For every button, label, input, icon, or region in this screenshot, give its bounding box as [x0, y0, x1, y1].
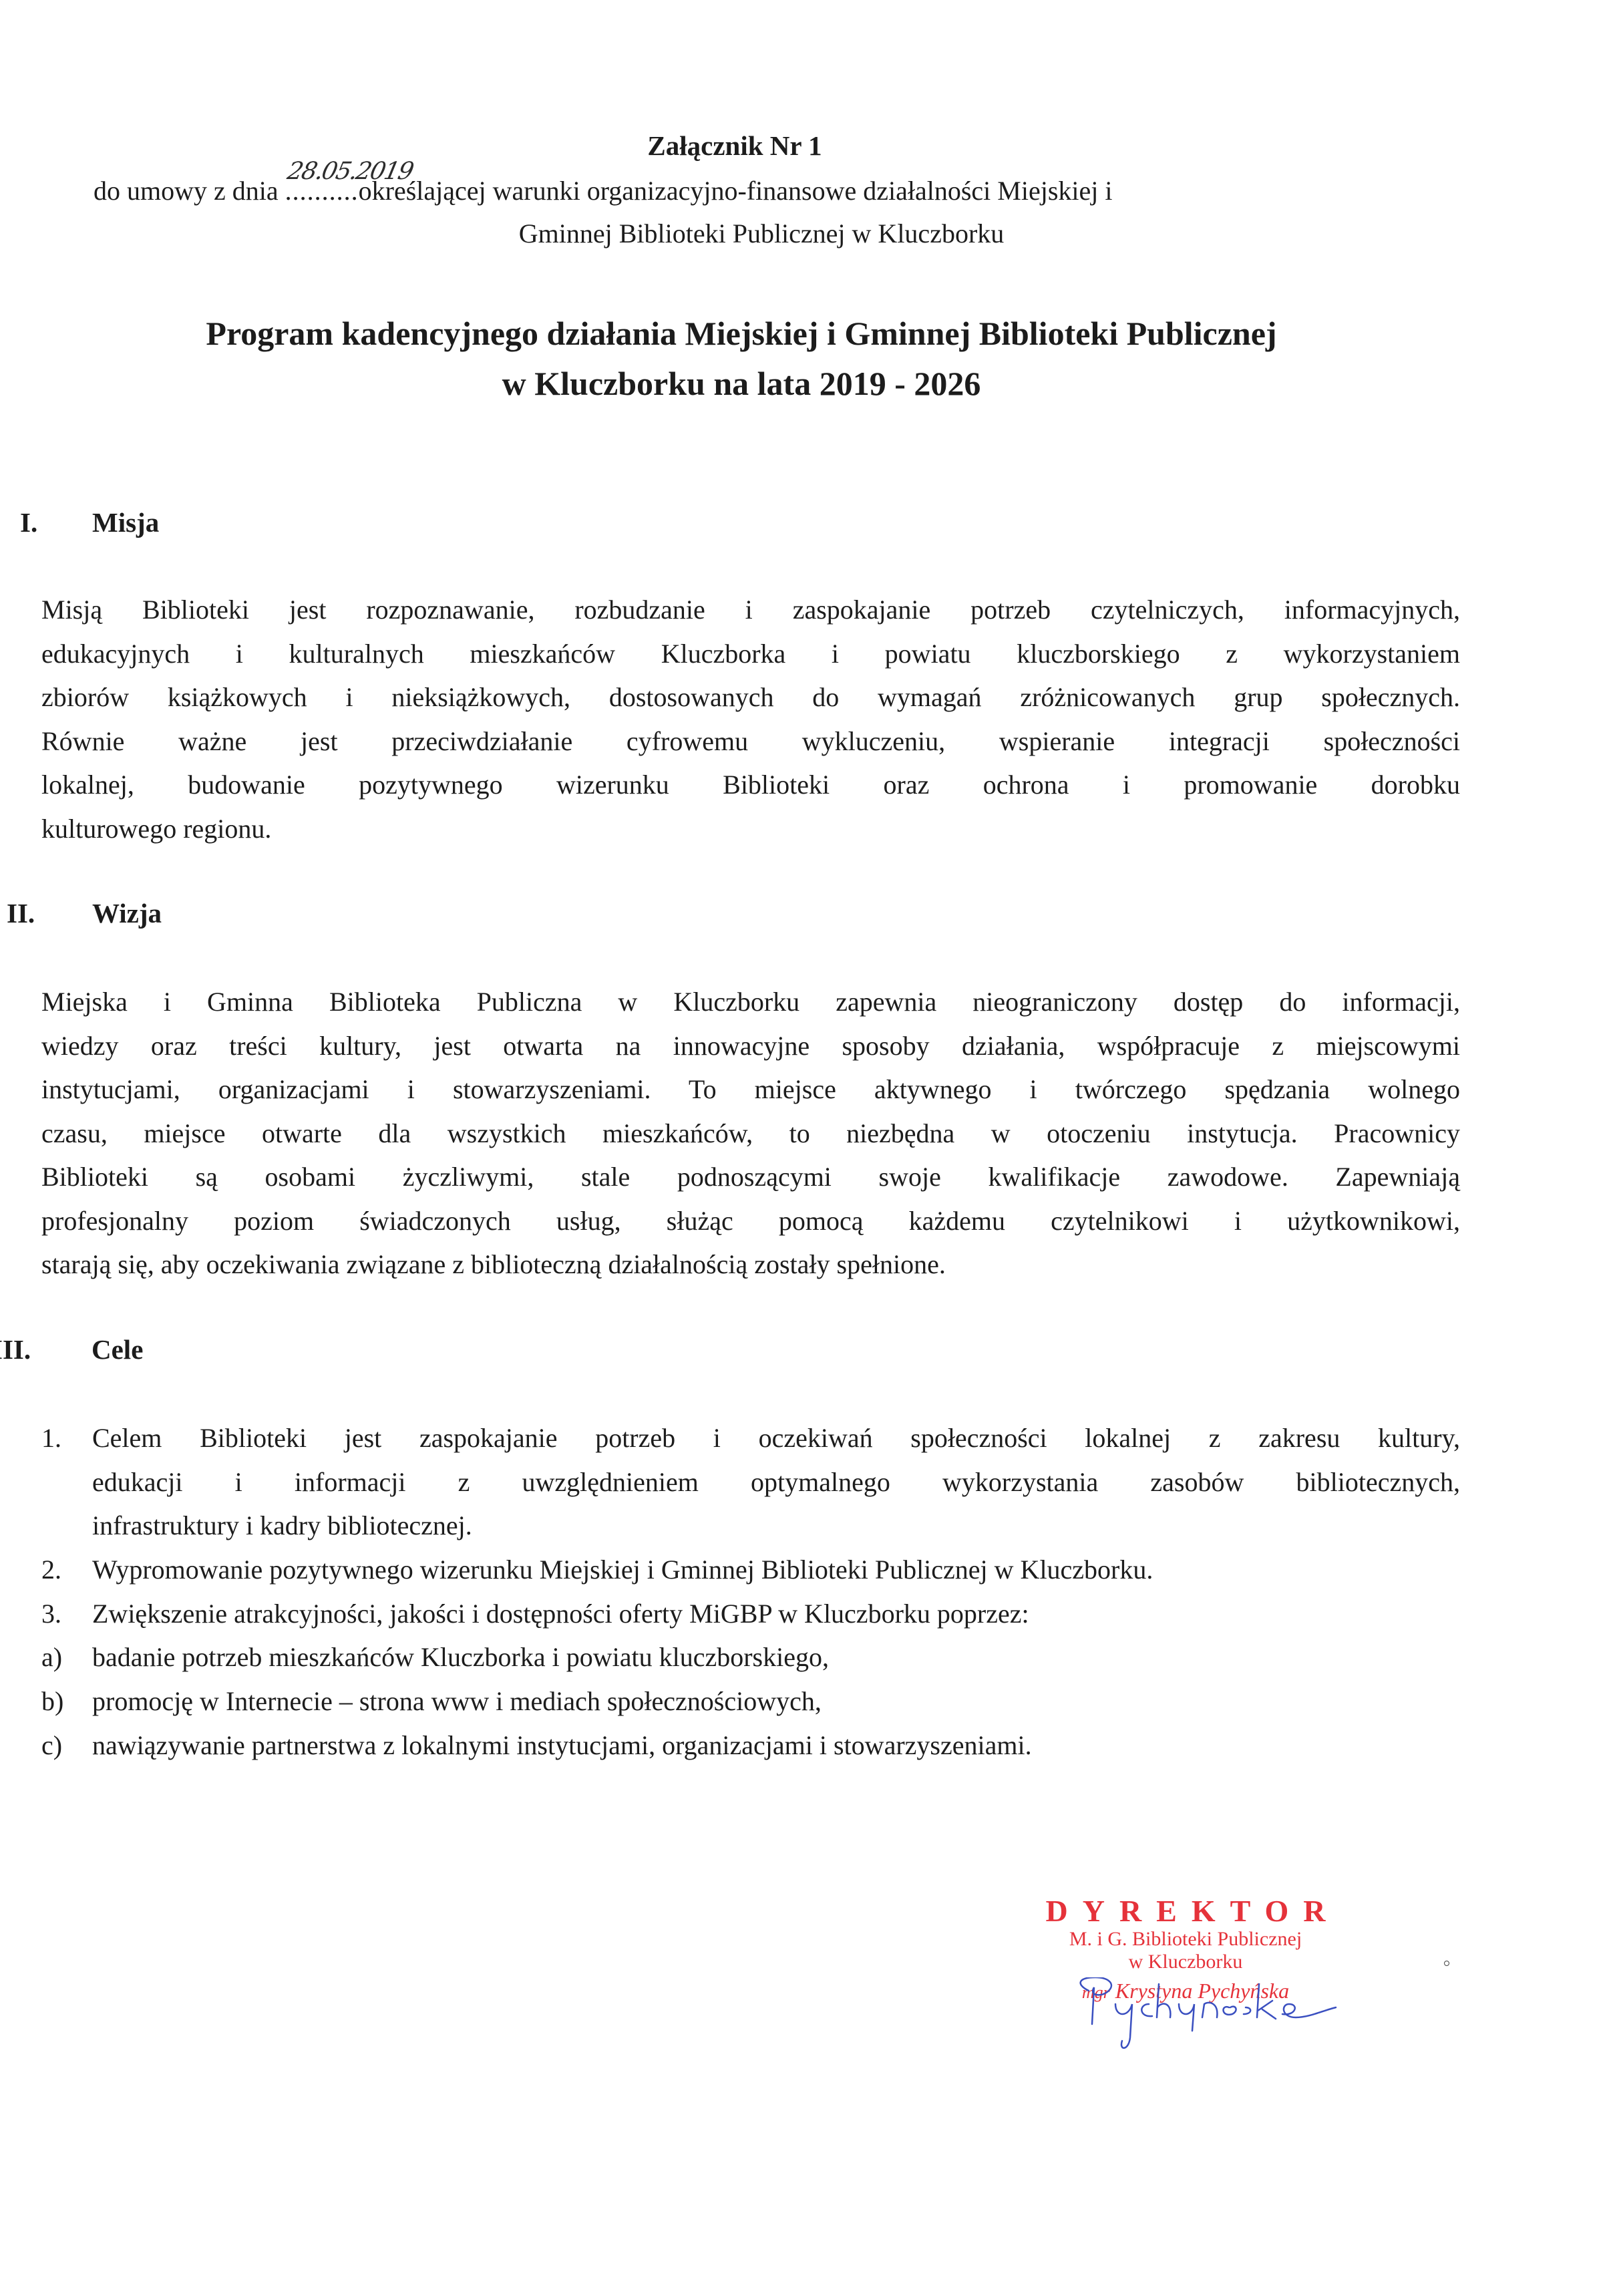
list-item: 3. Zwiększenie atrakcyjności, jakości i …: [41, 1592, 1460, 1636]
section-number: I.: [20, 506, 37, 538]
attachment-line-2: Gminnej Biblioteki Publicznej w Kluczbor…: [0, 218, 1523, 249]
attachment-line-1: do umowy z dnia ..........28.05.2019okre…: [94, 175, 1113, 206]
attachment-prefix: do umowy z dnia: [94, 176, 285, 206]
section-title: Misja: [92, 506, 159, 538]
list-item: a) badanie potrzeb mieszkańców Kluczbork…: [41, 1635, 1460, 1679]
list-marker: a): [41, 1635, 62, 1679]
paragraph-line: Misją Biblioteki jest rozpoznawanie, roz…: [41, 588, 1460, 632]
attachment-suffix: określającej warunki organizacyjno-finan…: [359, 176, 1113, 206]
list-item-line: infrastruktury i kadry bibliotecznej.: [92, 1504, 1460, 1548]
list-item-line: promocję w Internecie – strona www i med…: [92, 1679, 1460, 1724]
list-marker: 2.: [41, 1548, 61, 1592]
stamp-location: w Kluczborku: [1042, 1951, 1329, 1973]
paragraph-line: zbiorów książkowych i nieksiążkowych, do…: [41, 675, 1460, 719]
paragraph-line: Biblioteki są osobami życzliwymi, stale …: [41, 1155, 1460, 1199]
program-title-line-2: w Kluczborku na lata 2019 - 2026: [0, 364, 1483, 403]
list-marker: 1.: [41, 1416, 61, 1460]
list-item-line: Wypromowanie pozytywnego wizerunku Miejs…: [92, 1548, 1460, 1592]
wizja-paragraph: Miejska i Gminna Biblioteka Publiczna w …: [41, 980, 1460, 1287]
list-item-line: nawiązywanie partnerstwa z lokalnymi ins…: [92, 1724, 1460, 1768]
list-marker: 3.: [41, 1592, 61, 1636]
stamp-institution: M. i G. Biblioteki Publicznej: [1042, 1928, 1329, 1951]
goals-list: 1. Celem Biblioteki jest zaspokajanie po…: [41, 1416, 1460, 1768]
paragraph-line: czasu, miejsce otwarte dla wszystkich mi…: [41, 1112, 1460, 1156]
list-item-line: badanie potrzeb mieszkańców Kluczborka i…: [92, 1635, 1460, 1679]
paragraph-line: Równie ważne jest przeciwdziałanie cyfro…: [41, 719, 1460, 764]
list-item-line: edukacji i informacji z uwzględnieniem o…: [92, 1460, 1460, 1504]
attachment-title: Załącznik Nr 1: [0, 130, 1469, 162]
section-title: Wizja: [92, 897, 162, 929]
list-item: 2. Wypromowanie pozytywnego wizerunku Mi…: [41, 1548, 1460, 1592]
scan-artifact: [1444, 1961, 1449, 1966]
paragraph-line: kulturowego regionu.: [41, 807, 1460, 851]
list-marker: c): [41, 1724, 62, 1768]
paragraph-line: Miejska i Gminna Biblioteka Publiczna w …: [41, 980, 1460, 1024]
list-item: c) nawiązywanie partnerstwa z lokalnymi …: [41, 1724, 1460, 1768]
section-number: III.: [0, 1333, 31, 1365]
paragraph-line: profesjonalny poziom świadczonych usług,…: [41, 1199, 1460, 1243]
list-item-line: Zwiększenie atrakcyjności, jakości i dos…: [92, 1592, 1460, 1636]
list-item: 1. Celem Biblioteki jest zaspokajanie po…: [41, 1416, 1460, 1548]
contract-date-field: ..........28.05.2019: [285, 175, 359, 206]
list-item: b) promocję w Internecie – strona www i …: [41, 1679, 1460, 1724]
paragraph-line: lokalnej, budowanie pozytywnego wizerunk…: [41, 763, 1460, 807]
paragraph-line: instytucjami, organizacjami i stowarzysz…: [41, 1068, 1460, 1112]
stamp-title: DYREKTOR: [1042, 1895, 1344, 1928]
program-title-text-2: w Kluczborku na lata 2019 - 2026: [502, 365, 981, 402]
handwritten-signature: [1069, 1977, 1349, 2058]
paragraph-line: wiedzy oraz treści kultury, jest otwarta…: [41, 1024, 1460, 1068]
program-title-line-1: Program kadencyjnego działania Miejskiej…: [0, 314, 1483, 353]
attachment-line-2-text: Gminnej Biblioteki Publicznej w Kluczbor…: [519, 218, 1005, 249]
attachment-title-text: Załącznik Nr 1: [647, 130, 822, 161]
section-number: II.: [7, 897, 35, 929]
misja-paragraph: Misją Biblioteki jest rozpoznawanie, roz…: [41, 588, 1460, 850]
list-marker: b): [41, 1679, 63, 1724]
paragraph-line: edukacyjnych i kulturalnych mieszkańców …: [41, 632, 1460, 676]
paragraph-line: starają się, aby oczekiwania związane z …: [41, 1243, 1460, 1287]
list-item-line: Celem Biblioteki jest zaspokajanie potrz…: [92, 1416, 1460, 1460]
section-title: Cele: [92, 1333, 143, 1365]
program-title-text-1: Program kadencyjnego działania Miejskiej…: [206, 315, 1276, 352]
handwritten-date: 28.05.2019: [285, 158, 415, 185]
